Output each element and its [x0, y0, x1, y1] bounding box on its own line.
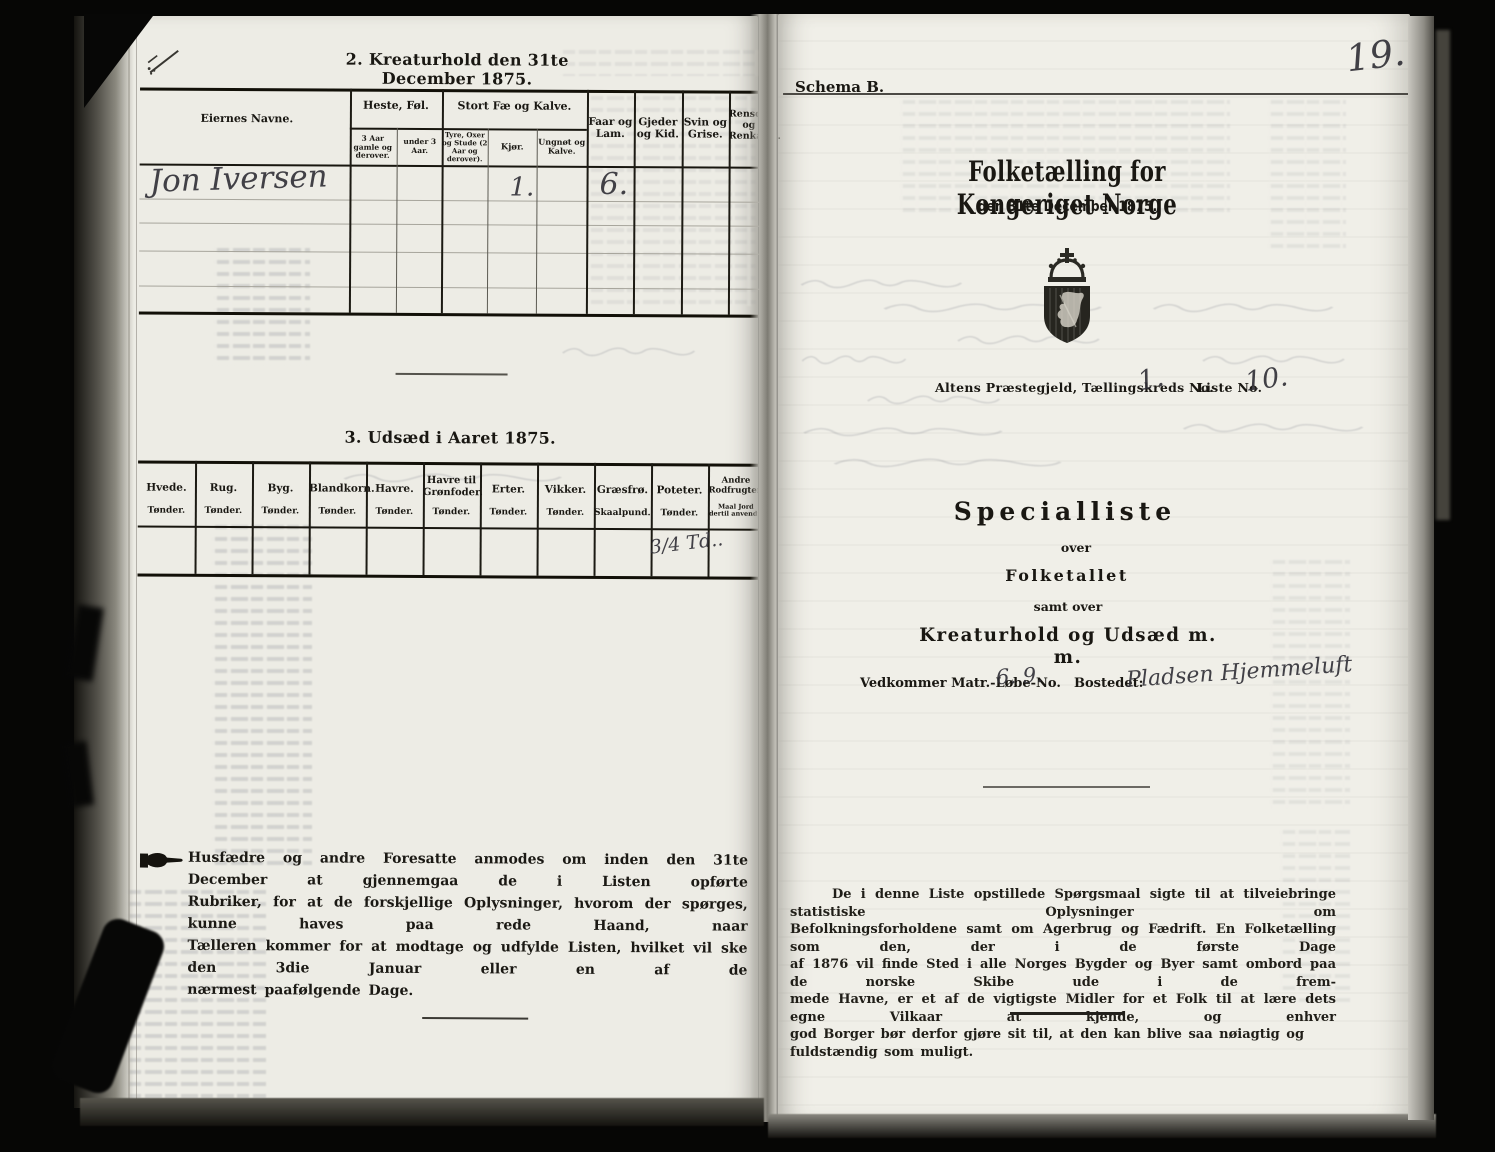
table3-top-rule [138, 461, 760, 467]
col-havre-gronfoder: Havre til Grønfoder. [423, 475, 480, 498]
col-havre: Havre. [366, 483, 423, 495]
unit-erter: Tønder. [480, 507, 537, 518]
table2-row-rule [139, 199, 761, 203]
notice-paragraph: Husfædre og andre Foresatte anmodes om i… [187, 847, 748, 1004]
specialliste-samt-over: samt over [1008, 599, 1128, 614]
col-gjeder-kid: Gjeder og Kid. [634, 116, 682, 140]
table3-column-rule [594, 463, 597, 576]
unit-havre: Tønder. [366, 507, 423, 518]
unit-hvede: Tønder. [138, 506, 195, 517]
table2-row-rule [139, 286, 761, 290]
info-line: god Borger bør derfor gjøre sit til, at … [790, 1026, 1336, 1061]
notice-line: Husfædre og andre Foresatte anmodes om i… [188, 847, 748, 894]
table2-top-rule [140, 88, 762, 94]
census-subtitle: den 31te December 1875. [955, 199, 1179, 215]
col-faar-lam: Faar og Lam. [587, 116, 634, 140]
table3-column-rule [195, 461, 198, 574]
table3-column-rule [366, 462, 369, 575]
district-prefix: Altens Præstegjeld, Tællingskreds No. [935, 380, 1214, 395]
faar-count-handwritten: 6. [599, 167, 628, 202]
unit-havre-gronfoder: Tønder. [423, 507, 480, 518]
next-page-edge [1436, 30, 1450, 520]
colgroup-heste-fol: Heste, Føl. [350, 99, 442, 112]
col-hvede: Hvede. [138, 482, 195, 494]
table3-bottom-rule [137, 574, 759, 580]
page-number-handwritten: 19. [1344, 31, 1408, 81]
info-line: Befolkningsforholdene samt om Agerbrug o… [790, 921, 1336, 956]
specialliste-subject: Kreaturhold og Udsæd m. m. [914, 624, 1221, 668]
col-poteter: Poteter. [651, 484, 708, 496]
notice-line: Tælleren kommer for at modtage og udfyld… [187, 935, 747, 982]
section3-title: 3. Udsæd i Aaret 1875. [310, 427, 590, 447]
owner-name-handwritten: Jon Iversen [149, 158, 328, 199]
col-svin-grise: Svin og Grise. [682, 116, 729, 140]
separator-rule [1010, 1012, 1123, 1015]
specialliste-over: over [1016, 540, 1136, 555]
notice-line: nærmest paafølgende Dage. [187, 979, 747, 1004]
poteter-value-handwritten: 3/4 Td.. [649, 528, 725, 558]
manicule-icon [139, 849, 183, 873]
specialliste-folketallet: Folketallet [967, 566, 1167, 585]
col-blandkorn: Blandkorn. [309, 482, 366, 494]
table3-column-rule [650, 463, 653, 576]
colgroup-stort-fae: Stort Fæ og Kalve. [442, 99, 587, 113]
table3-column-rule [537, 463, 540, 576]
info-paragraph: De i denne Liste opstillede Spørgsmaal s… [790, 886, 1336, 1061]
table2-row-rule [139, 251, 761, 255]
coat-of-arms-icon [1036, 247, 1098, 349]
liste-no-handwritten: 10. [1243, 361, 1290, 398]
info-line: af 1876 vil finde Sted i alle Norges Byg… [790, 956, 1336, 991]
col-heste-under3: under 3 Aar. [398, 138, 442, 155]
col-rug: Rug. [195, 482, 252, 494]
col-kjor: Kjør. [488, 143, 537, 153]
kjor-count-handwritten: 1. [509, 172, 534, 202]
unit-byg: Tønder. [252, 506, 309, 517]
separator-rule [396, 373, 508, 376]
col-erter: Erter. [480, 483, 537, 495]
scan-border-top [0, 0, 1495, 14]
separator-rule [983, 786, 1150, 788]
unit-blandkorn: Tønder. [309, 506, 366, 517]
matr-no-handwritten: 6. 9. [995, 663, 1043, 689]
table3-column-rule [252, 461, 255, 574]
unit-poteter: Tønder. [651, 508, 708, 519]
col-eiernes-navne: Eiernes Navne. [152, 112, 342, 126]
book-gutter [750, 14, 784, 1122]
page-right-edge [1408, 16, 1434, 1120]
col-heste-3aar: 3 Aar gamle og derover. [349, 135, 397, 161]
separator-rule [422, 1017, 528, 1020]
section2-title: 2. Kreaturhold den 31te December 1875. [302, 49, 612, 89]
table2-row-rule [139, 223, 761, 227]
col-ungnot-kalve: Ungnøt og Kalve. [537, 138, 587, 157]
table3-column-rule [309, 461, 312, 574]
info-line: mede Havne, er et af de vigtigste Midler… [790, 991, 1336, 1026]
page-bottom-edge [80, 1098, 764, 1126]
notice-line: Rubriker, for at de forskjellige Oplysni… [188, 891, 748, 938]
unit-rug: Tønder. [195, 506, 252, 517]
col-vikker: Vikker. [537, 484, 594, 496]
unit-graesfro: Skaalpund. [594, 508, 651, 519]
specialliste-title: Specialliste [915, 497, 1215, 526]
unit-vikker: Tønder. [537, 508, 594, 519]
col-byg: Byg. [252, 482, 309, 494]
table3-header-rule [138, 526, 760, 531]
info-line: De i denne Liste opstillede Spørgsmaal s… [790, 886, 1336, 921]
table2-bottom-rule [139, 312, 761, 318]
right-page-top-rule [783, 93, 1409, 95]
pen-scribble-icon [144, 45, 184, 77]
table2-subcolumn-rule [536, 129, 538, 314]
col-graesfro: Græsfrø. [594, 484, 651, 496]
col-tyre-oxer: Tyre, Oxer og Stude (2 Aar og derover). [442, 131, 488, 163]
book-scan: 2. Kreaturhold den 31te December 1875. E… [0, 0, 1495, 1152]
page-bottom-edge [768, 1114, 1436, 1138]
